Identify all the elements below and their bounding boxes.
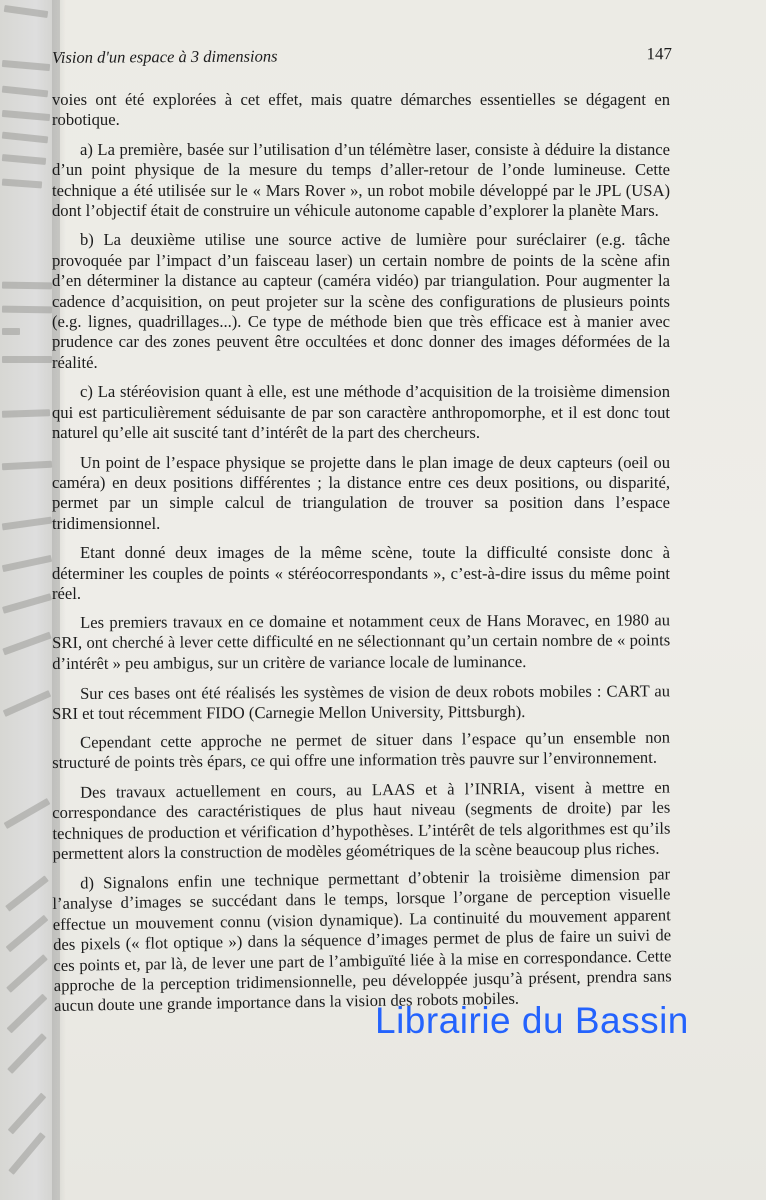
gutter-shadow [52, 0, 66, 1200]
facing-text-line [6, 915, 49, 953]
facing-text-line [3, 690, 52, 717]
paragraph-c-stereovision: c) La stéréovision quant à elle, est une… [52, 382, 670, 443]
running-title: Vision d'un espace à 3 dimensions [52, 47, 278, 68]
facing-text-line [2, 555, 52, 572]
paragraph-stereocorrespondance: Etant donné deux images de la même scène… [52, 543, 670, 604]
facing-text-line [7, 994, 48, 1034]
facing-text-line [2, 60, 50, 71]
facing-page-bleed [0, 0, 60, 1200]
facing-text-line [2, 110, 50, 121]
facing-text-line [2, 132, 48, 144]
facing-text-line [2, 86, 48, 98]
paragraph-projection: Un point de l’espace physique se projett… [52, 453, 670, 535]
facing-text-line [2, 593, 52, 614]
facing-text-line [4, 798, 51, 829]
facing-text-line [2, 306, 52, 314]
paragraph-continuation: voies ont été explorées à cet effet, mai… [52, 90, 670, 131]
facing-text-line [2, 356, 52, 363]
page-number: 147 [646, 44, 672, 64]
paragraph-moravec: Les premiers travaux en ce domaine et no… [52, 611, 670, 675]
facing-text-line [2, 328, 20, 335]
facing-text-line [4, 5, 49, 18]
paragraph-b-lumiere-active: b) La deuxième utilise une source active… [52, 230, 670, 373]
running-header: Vision d'un espace à 3 dimensions 147 [52, 44, 672, 68]
paragraph-laas-inria: Des travaux actuellement en cours, au LA… [52, 778, 671, 865]
facing-text-line [8, 1093, 47, 1135]
paragraph-a-telemetre: a) La première, basée sur l’utilisation … [52, 140, 670, 222]
facing-text-line [7, 1033, 47, 1074]
facing-text-line [2, 154, 46, 165]
facing-text-line [2, 409, 50, 418]
paragraph-cart-fido: Sur ces bases ont été réalisés les systè… [52, 681, 670, 725]
facing-text-line [6, 954, 48, 993]
facing-text-line [2, 461, 52, 471]
body-text: voies ont été explorées à cet effet, mai… [52, 90, 670, 1026]
facing-text-line [5, 875, 49, 911]
paragraph-d-vision-dynamique: d) Signalons enfin une technique permett… [52, 864, 672, 1017]
facing-text-line [2, 632, 51, 656]
paragraph-points-epars: Cependant cette approche ne permet de si… [52, 728, 670, 774]
facing-text-line [2, 282, 52, 290]
facing-text-line [2, 517, 52, 531]
facing-text-line [2, 179, 42, 189]
watermark-text: Librairie du Bassin [375, 1000, 689, 1042]
facing-text-line [8, 1132, 46, 1175]
